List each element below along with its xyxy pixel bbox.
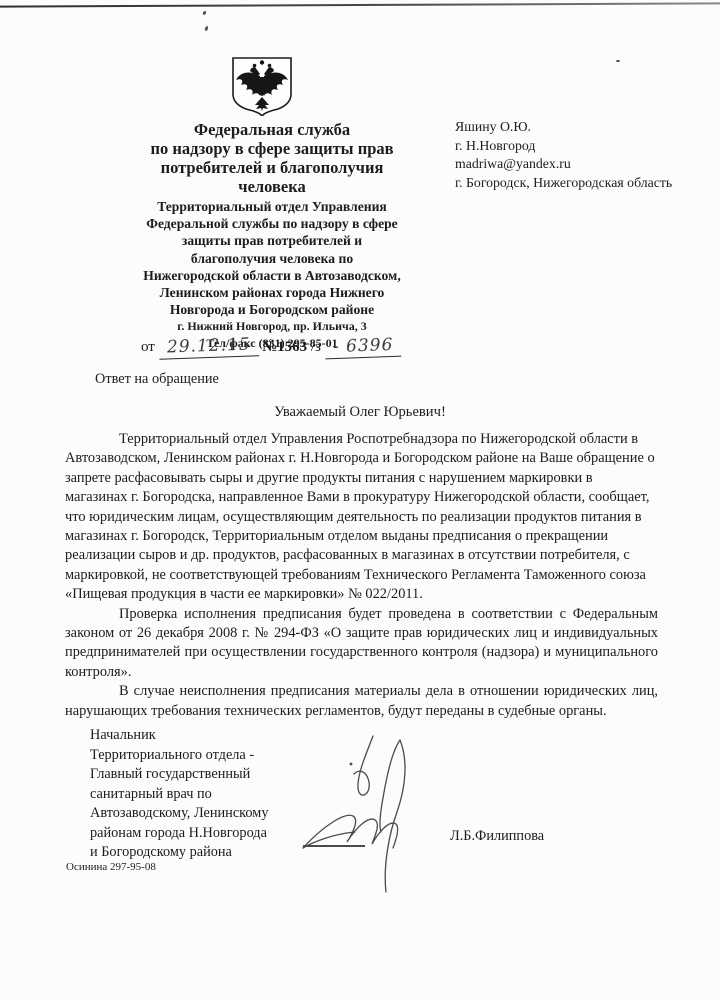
recipient-address: г. Богородск, Нижегородская область [455,174,672,193]
recipient-name: Яшину О.Ю. [455,118,672,137]
letterhead-org-block: Федеральная служба по надзору в сфере за… [88,120,456,351]
org-title-line: по надзору в сфере защиты прав [88,139,456,158]
signer-position-line: Начальник [90,726,268,746]
org-dept-line: Территориальный отдел Управления [88,198,456,215]
reference-line: от 29.12.15 №1563 /з - 6396 [141,336,401,358]
signer-position-line: и Богородскому района [90,843,268,863]
scan-speck [202,11,207,16]
signer-position-line: санитарный врач по [90,785,268,805]
handwritten-date: 29.12.15 [158,334,258,359]
signature-underline [303,845,365,847]
recipient-block: Яшину О.Ю. г. Н.Новгород madriwa@yandex.… [455,118,672,192]
executor-contact: Осинина 297-95-08 [66,861,156,873]
signer-position-block: Начальник Территориального отдела - Глав… [90,726,268,863]
signer-position-line: Территориального отдела - [90,746,268,766]
org-dept-lines: Территориальный отдел Управления Федерал… [88,198,456,318]
handwritten-code: - 6396 [324,335,401,360]
org-dept-line: защиты прав потребителей и [88,232,456,249]
scan-artifact-line [0,2,720,7]
signer-position-line: Главный государственный [90,765,268,785]
org-dept-line: Федеральной службы по надзору в сфере [88,215,456,232]
org-dept-line: Новгорода и Богородском районе [88,301,456,318]
letter-body: Территориальный отдел Управления Роспотр… [65,430,658,721]
signer-position-line: Автозаводскому, Ленинскому [90,804,268,824]
scanned-letter-page: Федеральная служба по надзору в сфере за… [0,0,720,1000]
recipient-city: г. Н.Новгород [455,137,672,156]
ref-prefix: от [141,339,155,355]
handwritten-signature [293,726,428,896]
body-paragraph: Проверка исполнения предписания будет пр… [65,605,658,683]
coat-of-arms-icon [228,56,296,116]
org-dept-line: Нижегородской области в Автозаводском, [88,267,456,284]
ref-number-suffix: /з [311,339,321,355]
subject-line: Ответ на обращение [95,371,219,388]
salutation: Уважаемый Олег Юрьевич! [65,404,655,421]
scan-speck [616,60,620,62]
ref-number: №1563 [262,339,307,355]
org-title-line: Федеральная служба [88,120,456,139]
signer-name: Л.Б.Филиппова [450,828,544,845]
org-dept-line: благополучия человека по [88,250,456,267]
org-title-line: человека [88,177,456,196]
recipient-email: madriwa@yandex.ru [455,155,672,174]
body-paragraph: Территориальный отдел Управления Роспотр… [65,430,658,605]
body-paragraph: В случае неисполнения предписания матери… [65,682,658,721]
org-title-line: потребителей и благополучия [88,158,456,177]
scan-speck [204,26,209,32]
org-dept-line: Ленинском районах города Нижнего [88,284,456,301]
org-address: г. Нижний Новгород, пр. Ильича, 3 [88,318,456,335]
signer-position-line: районам города Н.Новгорода [90,824,268,844]
